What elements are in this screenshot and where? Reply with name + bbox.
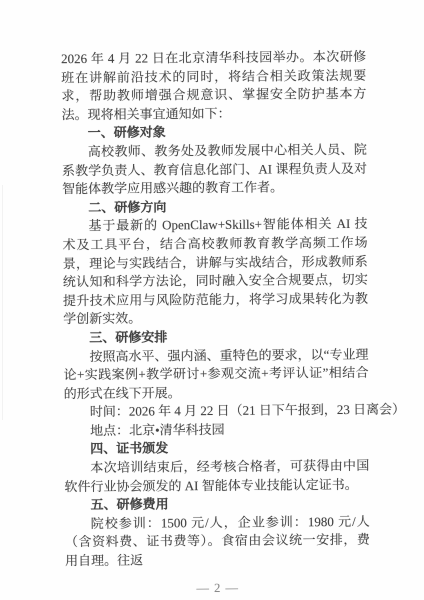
section-heading-arrangement: 三、研修安排: [63, 327, 368, 348]
section-heading-fees: 五、研修费用: [65, 494, 370, 515]
paragraph-time: 时间：2026 年 4 月 22 日（21 日下午报到，23 日离会）: [64, 401, 369, 422]
document-content: 2026 年 4 月 22 日在北京清华科技园举办。本次研修班在讲解前沿技术的同…: [0, 0, 424, 597]
paragraph-participants: 高校教师、教务处及教师发展中心相关人员、院系教学负责人、教育信息化部门、AI 课…: [62, 141, 367, 199]
page-number: — 2 —: [65, 579, 370, 596]
paragraph-intro-continuation: 2026 年 4 月 22 日在北京清华科技园举办。本次研修班在讲解前沿技术的同…: [61, 48, 367, 125]
paragraph-arrangement: 按照高水平、强内涵、重特色的要求，以“专业理论+实践案例+教学研讨+参观交流+考…: [63, 345, 368, 403]
paragraph-fees: 院校参训：1500 元/人，企业参训：1980 元/人（含资料费、证书费等）。食…: [65, 513, 370, 571]
section-heading-direction: 二、研修方向: [62, 197, 367, 218]
paragraph-direction: 基于最新的 OpenClaw+Skills+智能体相关 AI 技术及工具平台，结…: [62, 215, 368, 329]
section-heading-participants: 一、研修对象: [62, 122, 367, 143]
paragraph-location: 地点：北京•清华科技园: [64, 420, 369, 441]
document-page: 2026 年 4 月 22 日在北京清华科技园举办。本次研修班在讲解前沿技术的同…: [0, 0, 424, 600]
section-heading-certificate: 四、证书颁发: [64, 438, 369, 459]
paragraph-certificate: 本次培训结束后，经考核合格者，可获得由中国软件行业协会颁发的 AI 智能体专业技…: [64, 457, 369, 497]
